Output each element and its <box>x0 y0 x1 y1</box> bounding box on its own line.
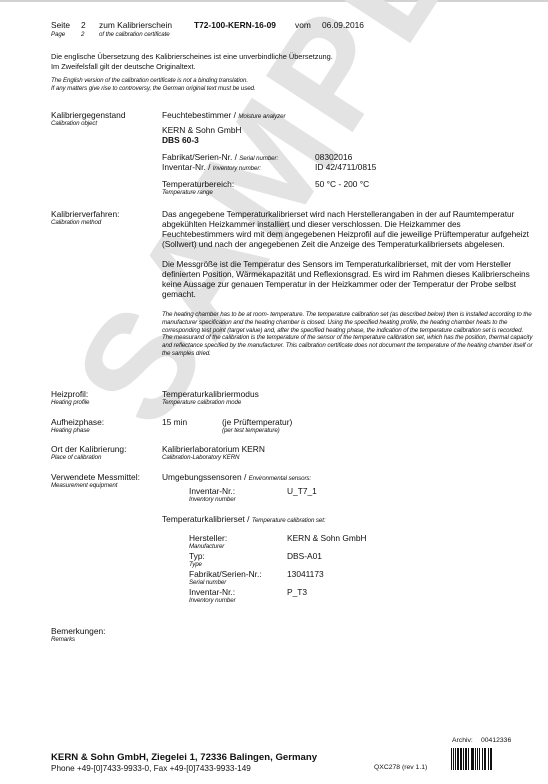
heating-phase-note-de: (je Prüftemperatur) <box>222 417 292 427</box>
set-row-label-en: Type <box>189 561 202 568</box>
calibration-method-label-de: Kalibrierverfahren: <box>51 209 119 219</box>
page-content: Seite Page 2 2 zum Kalibrierschein of th… <box>0 0 548 784</box>
env-inventory-label-en: Inventory number <box>189 496 236 503</box>
form-code: QXC278 (rev 1.1) <box>374 764 427 771</box>
set-row-label-en: Serial number <box>189 579 226 586</box>
date-label: vom <box>295 20 311 30</box>
heating-profile-value-en: Temperature calibration mode <box>162 399 241 406</box>
translation-note-en-1: The English version of the calibration c… <box>51 77 248 84</box>
of-certificate-en: of the calibration certificate <box>99 31 170 38</box>
serial-label-en: Serial number: <box>239 155 278 162</box>
calibration-method-label-en: Calibration method <box>51 219 101 226</box>
heating-phase-note-en: (per test temperature) <box>222 427 280 434</box>
set-row-value: DBS-A01 <box>287 551 322 561</box>
temp-range-label-en: Temperature range <box>162 189 213 196</box>
set-row-label-en: Manufacturer <box>189 543 224 550</box>
heating-profile-label-en: Heating profile <box>51 399 89 406</box>
heating-phase-value: 15 min <box>162 417 187 427</box>
temp-range-label-de: Temperaturbereich: <box>162 179 234 189</box>
translation-note-de-1: Die englische Übersetzung des Kalibriers… <box>51 52 333 62</box>
calibration-method-text-en: The heating chamber has to be at room- t… <box>162 311 534 358</box>
calibration-set-heading-en: Temperature calibration set: <box>252 517 326 524</box>
footer-contact: Phone +49-[0]7433-9933-0, Fax +49-[0]743… <box>51 764 251 774</box>
equipment-label-de: Verwendete Messmittel: <box>51 472 140 482</box>
set-row-label-en: Inventory number <box>189 597 236 604</box>
place-value-de: Kalibrierlaboratorium KERN <box>162 444 265 454</box>
equipment-label-en: Measurement equipment <box>51 482 117 489</box>
env-inventory-label-de: Inventar-Nr.: <box>189 486 235 496</box>
heating-phase-label-de: Aufheizphase: <box>51 417 104 427</box>
remarks-label-de: Bemerkungen: <box>51 626 105 636</box>
inventory-label: Inventar-Nr. / Inventory number: <box>162 162 261 172</box>
page-label-de: Seite <box>51 20 70 30</box>
temp-range-value: 50 °C - 200 °C <box>315 179 369 189</box>
set-row-value: KERN & Sohn GmbH <box>287 533 367 543</box>
serial-label-de: Fabrikat/Serien-Nr. / <box>162 152 237 162</box>
object-type-en: Moisture analyzer <box>238 113 285 120</box>
set-row-label-de: Fabrikat/Serien-Nr.: <box>189 569 262 579</box>
object-type: Feuchtebestimmer / Moisture analyzer <box>162 110 285 120</box>
certificate-number: T72-100-KERN-16-09 <box>194 20 276 30</box>
archive-number: 00412336 <box>481 737 511 744</box>
calibration-set-heading-de: Temperaturkalibrierset / <box>162 514 250 524</box>
translation-note-en-2: If any matters give rise to controversy,… <box>51 85 256 92</box>
serial-label: Fabrikat/Serien-Nr. / Serial number: <box>162 152 278 162</box>
place-label-en: Place of calibration <box>51 454 101 461</box>
calibration-set-heading: Temperaturkalibrierset / Temperature cal… <box>162 514 326 524</box>
object-manufacturer: KERN & Sohn GmbH <box>162 125 242 135</box>
heating-profile-value-de: Temperaturkalibriermodus <box>162 389 259 399</box>
inventory-label-en: Inventory number: <box>213 165 261 172</box>
page-label-en: Page <box>51 31 65 38</box>
place-value-en: Calibration-Laboratory KERN <box>162 454 239 461</box>
calibration-object-label-en: Calibration object <box>51 120 97 127</box>
archive-label: Archiv: <box>452 737 473 744</box>
calibration-method-text-de-2: Die Messgröße ist die Temperatur des Sen… <box>162 259 534 299</box>
set-row-label-de: Typ: <box>189 551 205 561</box>
page-number: 2 <box>81 20 86 30</box>
remarks-label-en: Remarks <box>51 636 75 643</box>
certificate-page: SAMPLE Seite Page 2 2 zum Kalibrierschei… <box>0 0 548 784</box>
env-sensors-heading: Umgebungssensoren / Environmental sensor… <box>162 472 311 482</box>
barcode <box>451 748 519 770</box>
env-sensors-heading-en: Environmental sensors: <box>249 475 311 482</box>
page-number-en: 2 <box>81 31 84 38</box>
object-model: DBS 60-3 <box>162 135 199 145</box>
inventory-label-de: Inventar-Nr. / <box>162 162 210 172</box>
heating-phase-label-en: Heating phase <box>51 427 90 434</box>
serial-value: 08302016 <box>315 152 352 162</box>
set-row-value: 13041173 <box>287 569 324 579</box>
certificate-date: 06.09.2016 <box>322 20 364 30</box>
set-row-value: P_T3 <box>287 587 307 597</box>
footer-company: KERN & Sohn GmbH, Ziegelei 1, 72336 Bali… <box>51 752 317 763</box>
calibration-method-text-de-1: Das angegebene Temperaturkalibrierset wi… <box>162 209 534 249</box>
set-row-label-de: Hersteller: <box>189 533 227 543</box>
env-sensors-heading-de: Umgebungssensoren / <box>162 472 246 482</box>
inventory-value: ID 42/4711/0815 <box>315 162 376 172</box>
heating-profile-label-de: Heizprofil: <box>51 389 88 399</box>
env-inventory-value: U_T7_1 <box>287 486 317 496</box>
translation-note-de-2: Im Zweifelsfall gilt der deutsche Origin… <box>51 62 196 72</box>
object-type-de: Feuchtebestimmer / <box>162 110 236 120</box>
set-row-label-de: Inventar-Nr.: <box>189 587 235 597</box>
of-certificate-de: zum Kalibrierschein <box>99 20 172 30</box>
calibration-object-label-de: Kalibriergegenstand <box>51 110 126 120</box>
place-label-de: Ort der Kalibrierung: <box>51 444 126 454</box>
